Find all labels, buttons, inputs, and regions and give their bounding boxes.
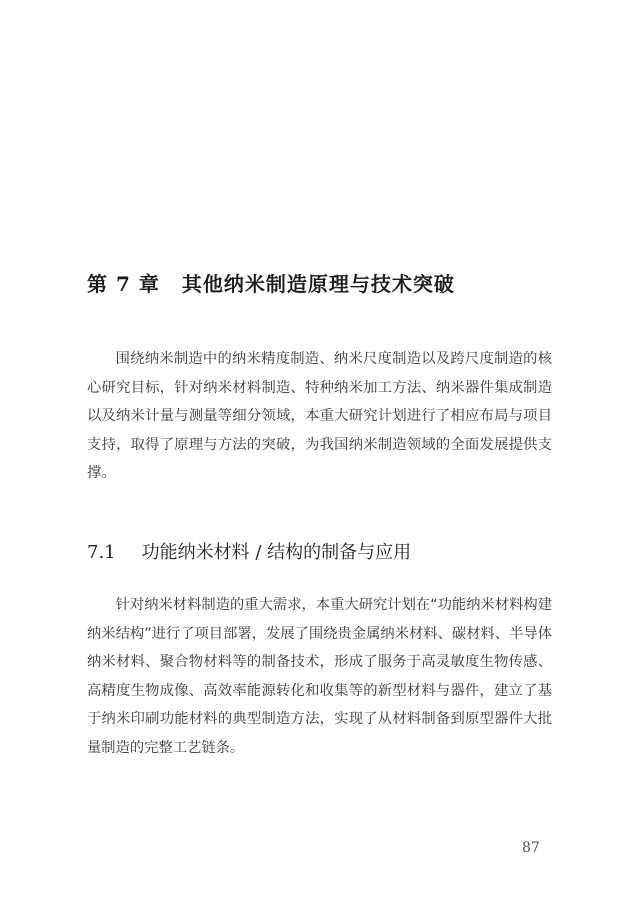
chapter-heading: 第 7 章其他纳米制造原理与技术突破 [87,268,455,297]
chapter-title: 其他纳米制造原理与技术突破 [182,272,455,296]
section-number: 7.1 [87,542,116,563]
section-paragraph: 针对纳米材料制造的重大需求，本重大研究计划在“功能纳米材料构建纳米结构”进行了项… [87,591,552,762]
page-number: 87 [522,840,540,856]
section-title: 功能纳米材料 / 结构的制备与应用 [142,542,412,563]
intro-paragraph: 围绕纳米制造中的纳米精度制造、纳米尺度制造以及跨尺度制造的核心研究目标，针对纳米… [87,345,552,488]
chapter-number: 第 7 章 [87,272,160,296]
section-heading: 7.1功能纳米材料 / 结构的制备与应用 [87,538,411,564]
